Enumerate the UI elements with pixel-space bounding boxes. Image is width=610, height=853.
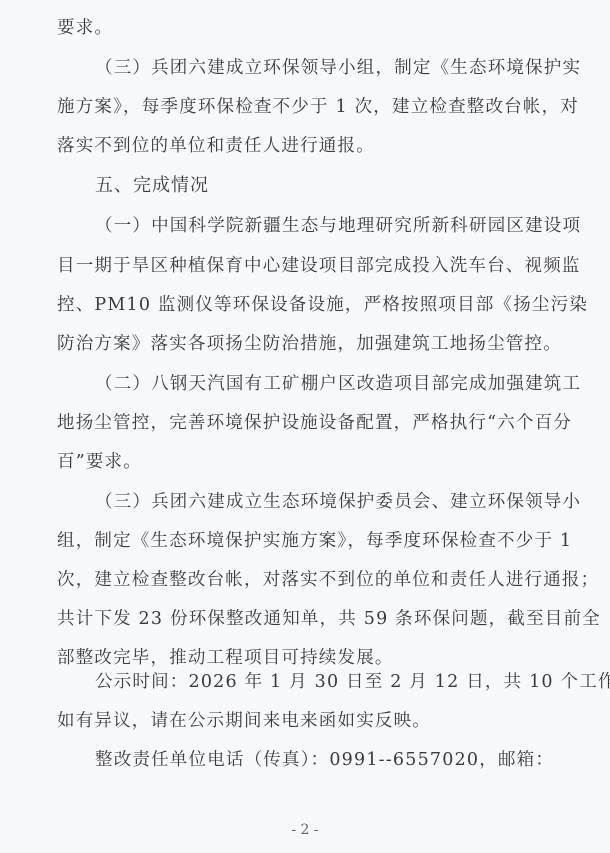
paragraph-line: 百”要求。 <box>57 452 142 472</box>
notice-period: 公示时间：2026 年 1 月 30 日至 2 月 12 日，共 10 个工作日… <box>95 672 610 692</box>
paragraph-line: 目一期于旱区种植保育中心建设项目部完成投入洗车台、视频监 <box>57 256 581 276</box>
notice-objection: 如有异议，请在公示期间来电来函如实反映。 <box>57 711 431 731</box>
paragraph-line: 地扬尘管控，完善环境保护设施设备配置，严格执行“六个百分 <box>57 413 572 433</box>
page-number: - 2 - <box>0 822 610 838</box>
paragraph-line: 控、PM10 监测仪等环保设备设施，严格按照项目部《扬尘污染 <box>57 295 588 315</box>
paragraph-line: （二）八钢天汽国有工矿棚户区改造项目部完成加强建筑工 <box>95 374 581 394</box>
section-heading: 五、完成情况 <box>95 176 209 196</box>
paragraph-line: （一）中国科学院新疆生态与地理研究所新科研园区建设项 <box>95 216 581 236</box>
paragraph-line: 部整改完毕，推动工程项目可持续发展。 <box>57 648 394 668</box>
paragraph-line: 次，建立检查整改台帐，对落实不到位的单位和责任人进行通报； <box>57 570 599 590</box>
paragraph-line: （三）兵团六建成立环保领导小组，制定《生态环境保护实 <box>95 58 581 78</box>
paragraph-line: （三）兵团六建成立生态环境保护委员会、建立环保领导小 <box>95 492 581 512</box>
notice-contact: 整改责任单位电话（传真）：0991--6557020，邮箱： <box>95 750 554 770</box>
paragraph-line: 落实不到位的单位和责任人进行通报。 <box>57 136 375 156</box>
document-page: 要求。 （三）兵团六建成立环保领导小组，制定《生态环境保护实 施方案》，每季度环… <box>0 0 610 853</box>
paragraph-line: 要求。 <box>57 18 113 38</box>
paragraph-line: 共计下发 23 份环保整改通知单，共 59 条环保问题，截至目前全 <box>57 609 601 629</box>
paragraph-line: 施方案》，每季度环保检查不少于 1 次，建立检查整改台帐，对 <box>57 97 579 117</box>
paragraph-line: 组，制定《生态环境保护实施方案》，每季度环保检查不少于 1 <box>57 531 572 551</box>
paragraph-line: 防治方案》落实各项扬尘防治措施，加强建筑工地扬尘管控。 <box>57 334 562 354</box>
